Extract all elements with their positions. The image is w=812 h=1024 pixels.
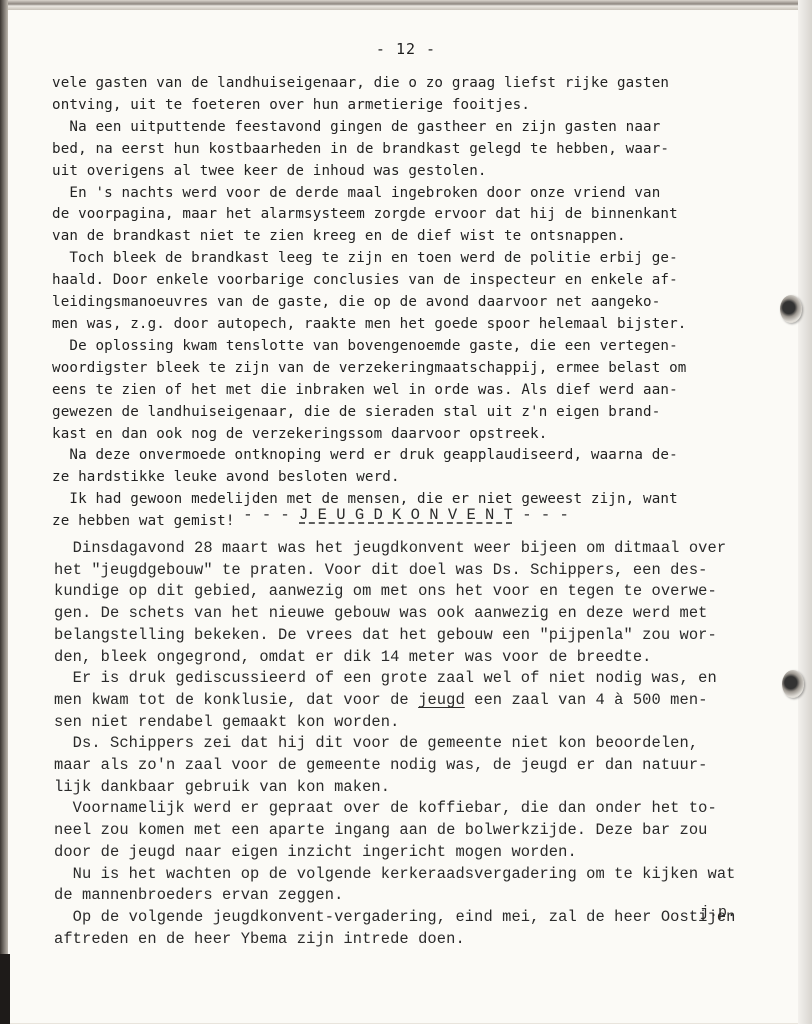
binder-hole-top <box>780 295 802 323</box>
text-line: het "jeugdgebouw" te praten. Voor dit do… <box>54 560 784 582</box>
text-line: Op de volgende jeugdkonvent-vergadering,… <box>54 907 784 929</box>
text-line: de voorpagina, maar het alarmsysteem zor… <box>52 204 782 226</box>
jeugdkonvent-report: Dinsdagavond 28 maart was het jeugdkonve… <box>54 538 784 950</box>
text-line: En 's nachts werd voor de derde maal ing… <box>52 183 782 205</box>
text-line: vele gasten van de landhuiseigenaar, die… <box>52 73 782 95</box>
text-line: den, bleek ongegrond, omdat er dik 14 me… <box>54 647 784 669</box>
heading-suffix: - - - <box>513 506 569 524</box>
text-line: De oplossing kwam tenslotte van bovengen… <box>52 336 782 358</box>
text-line: Na een uitputtende feestavond gingen de … <box>52 117 782 139</box>
text-line: Na deze onvermoede ontknoping werd er dr… <box>52 445 782 467</box>
text-line: van de brandkast niet te zien kreeg en d… <box>52 226 782 248</box>
text-line: Er is druk gediscussieerd of een grote z… <box>54 668 784 690</box>
page-number: - 12 - <box>0 40 812 58</box>
text-line: aftreden en de heer Ybema zijn intrede d… <box>54 929 784 951</box>
text-line: de mannenbroeders ervan zeggen. <box>54 885 784 907</box>
text-line: sen niet rendabel gemaakt kon worden. <box>54 712 784 734</box>
text-line: woordigster bleek te zijn van de verzeke… <box>52 358 782 380</box>
text-line: men was, z.g. door autopech, raakte men … <box>52 314 782 336</box>
heading-title: J E U G D K O N V E N T <box>299 506 513 524</box>
binder-hole-bottom <box>782 670 804 698</box>
text-line: ontving, uit te foeteren over hun armeti… <box>52 95 782 117</box>
text-line: Voornamelijk werd er gepraat over de kof… <box>54 798 784 820</box>
text-line: bed, na eerst hun kostbaarheden in de br… <box>52 139 782 161</box>
text-line: Ds. Schippers zei dat hij dit voor de ge… <box>54 733 784 755</box>
text-line: leidingsmanoeuvres van de gaste, die op … <box>52 292 782 314</box>
heading-prefix: - - - <box>243 506 299 524</box>
text-line: kundige op dit gebied, aanwezig om met o… <box>54 581 784 603</box>
text-line: gewezen de landhuiseigenaar, die de sier… <box>52 402 782 424</box>
text-line: Dinsdagavond 28 maart was het jeugdkonve… <box>54 538 784 560</box>
text-line: Nu is het wachten op de volgende kerkera… <box>54 864 784 886</box>
text-line: men kwam tot de konklusie, dat voor de j… <box>54 690 784 712</box>
underlined-word: jeugd <box>418 691 465 709</box>
text-line: uit overigens al twee keer de inhoud was… <box>52 161 782 183</box>
text-line: gen. De schets van het nieuwe gebouw was… <box>54 603 784 625</box>
text-line: neel zou komen met een aparte ingang aan… <box>54 820 784 842</box>
background-corner <box>0 954 10 1024</box>
page-top-edge <box>0 0 812 10</box>
text-line: eens te zien of het met die inbraken wel… <box>52 380 782 402</box>
text-line: belangstelling bekeken. De vrees dat het… <box>54 625 784 647</box>
text-line: Toch bleek de brandkast leeg te zijn en … <box>52 248 782 270</box>
text-line: kast en dan ook nog de verzekeringssom d… <box>52 424 782 446</box>
text-line: haald. Door enkele voorbarige conclusies… <box>52 270 782 292</box>
author-initials: j.p. <box>700 904 736 921</box>
text-line: lijk dankbaar gebruik van kon maken. <box>54 777 784 799</box>
story-continuation: vele gasten van de landhuiseigenaar, die… <box>52 73 782 533</box>
text-line: door de jeugd naar eigen inzicht ingeric… <box>54 842 784 864</box>
section-heading: - - - J E U G D K O N V E N T - - - <box>0 506 812 524</box>
text-line: maar als zo'n zaal voor de gemeente nodi… <box>54 755 784 777</box>
text-line: ze hardstikke leuke avond besloten werd. <box>52 467 782 489</box>
